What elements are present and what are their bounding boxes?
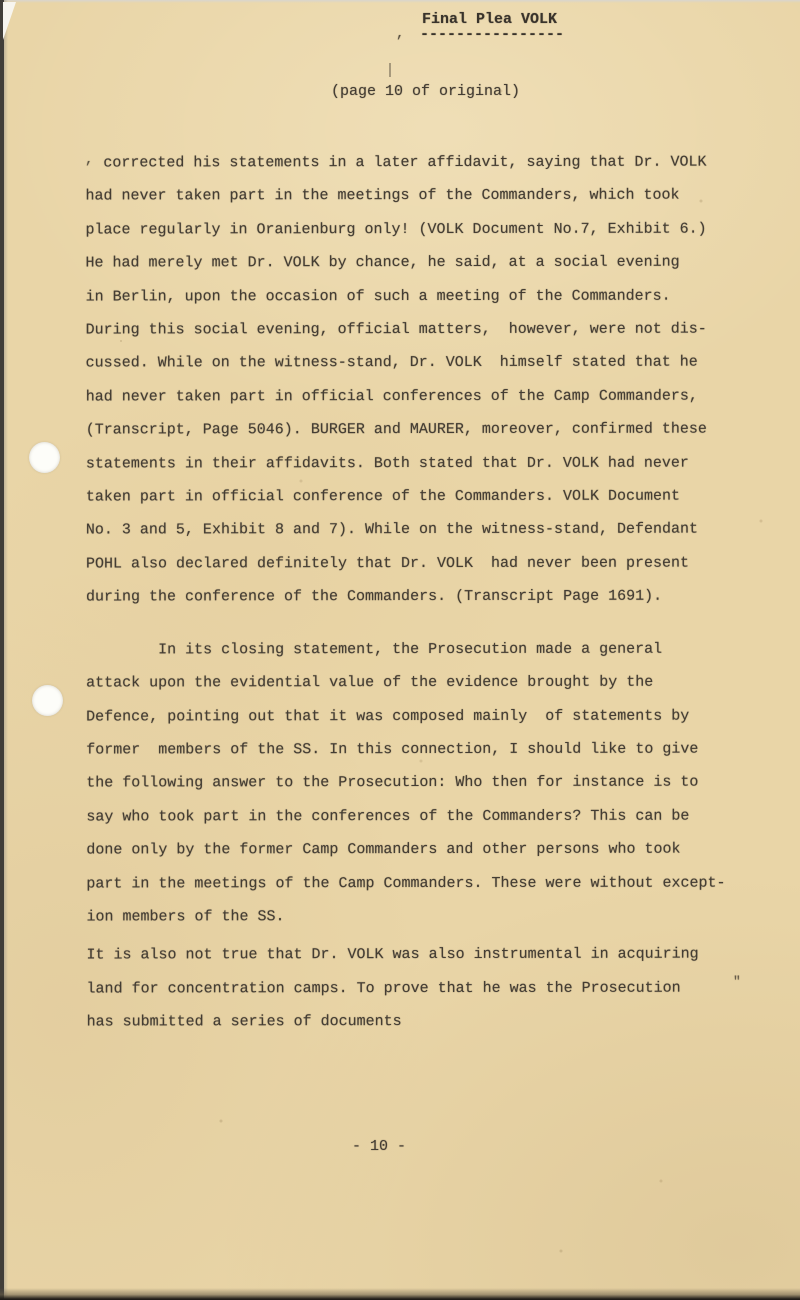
paragraph: corrected his statements in a later affi…	[85, 146, 776, 615]
scanned-document-page: Final Plea VOLK ---------------- , (page…	[0, 0, 800, 1300]
punch-hole-top	[29, 442, 60, 473]
document-title-underline: ----------------	[420, 26, 564, 43]
text-line: land for concentration camps. To prove t…	[87, 971, 777, 1005]
text-line: part in the meetings of the Camp Command…	[86, 866, 776, 900]
text-line: He had merely met Dr. VOLK by chance, he…	[86, 246, 776, 280]
paragraph: In its closing statement, the Prosecutio…	[86, 632, 776, 934]
text-line: corrected his statements in a later affi…	[85, 146, 775, 180]
text-line: cussed. While on the witness-stand, Dr. …	[86, 346, 776, 380]
text-line: in Berlin, upon the occasion of such a m…	[86, 279, 776, 313]
text-line: No. 3 and 5, Exhibit 8 and 7). While on …	[86, 513, 776, 547]
text-line: place regularly in Oranienburg only! (VO…	[85, 212, 775, 246]
text-line: POHL also declared definitely that Dr. V…	[86, 546, 776, 580]
text-line: has submitted a series of documents	[87, 1005, 777, 1039]
text-line: had never taken part in official confere…	[86, 379, 776, 413]
text-line: In its closing statement, the Prosecutio…	[86, 632, 776, 666]
text-line: ion members of the SS.	[86, 899, 776, 933]
page-note: (page 10 of original)	[331, 83, 520, 100]
text-line: Defence, pointing out that it was compos…	[86, 699, 776, 733]
text-line: had never taken part in the meetings of …	[85, 179, 775, 213]
text-line: attack upon the evidential value of the …	[86, 666, 776, 700]
text-line: It is also not true that Dr. VOLK was al…	[86, 938, 776, 972]
text-line: former members of the SS. In this connec…	[86, 732, 776, 766]
text-line: taken part in official conference of the…	[86, 480, 776, 514]
paragraph: It is also not true that Dr. VOLK was al…	[86, 938, 776, 1039]
scan-edge-left-shadow	[4, 0, 8, 1300]
text-line: statements in their affidavits. Both sta…	[86, 446, 776, 480]
scan-artifact-tick	[389, 63, 391, 77]
scan-artifact-comma: ,	[85, 152, 93, 168]
scan-artifact-mark: ,	[396, 26, 404, 42]
text-line: the following answer to the Prosecution:…	[86, 766, 776, 800]
text-line: during the conference of the Commanders.…	[86, 580, 776, 614]
text-line: During this social evening, official mat…	[86, 313, 776, 347]
scan-edge-top	[0, 0, 800, 3]
scan-edge-bottom	[0, 1288, 800, 1300]
text-line: (Transcript, Page 5046). BURGER and MAUR…	[86, 413, 776, 447]
page-number: - 10 -	[352, 1138, 406, 1155]
text-line: done only by the former Camp Commanders …	[86, 833, 776, 867]
scan-artifact-quote: "	[733, 974, 741, 989]
paper-corner-sliver	[3, 2, 16, 40]
text-line: say who took part in the conferences of …	[86, 799, 776, 833]
document-body: corrected his statements in a later affi…	[85, 146, 776, 1040]
punch-hole-bottom	[32, 685, 63, 716]
